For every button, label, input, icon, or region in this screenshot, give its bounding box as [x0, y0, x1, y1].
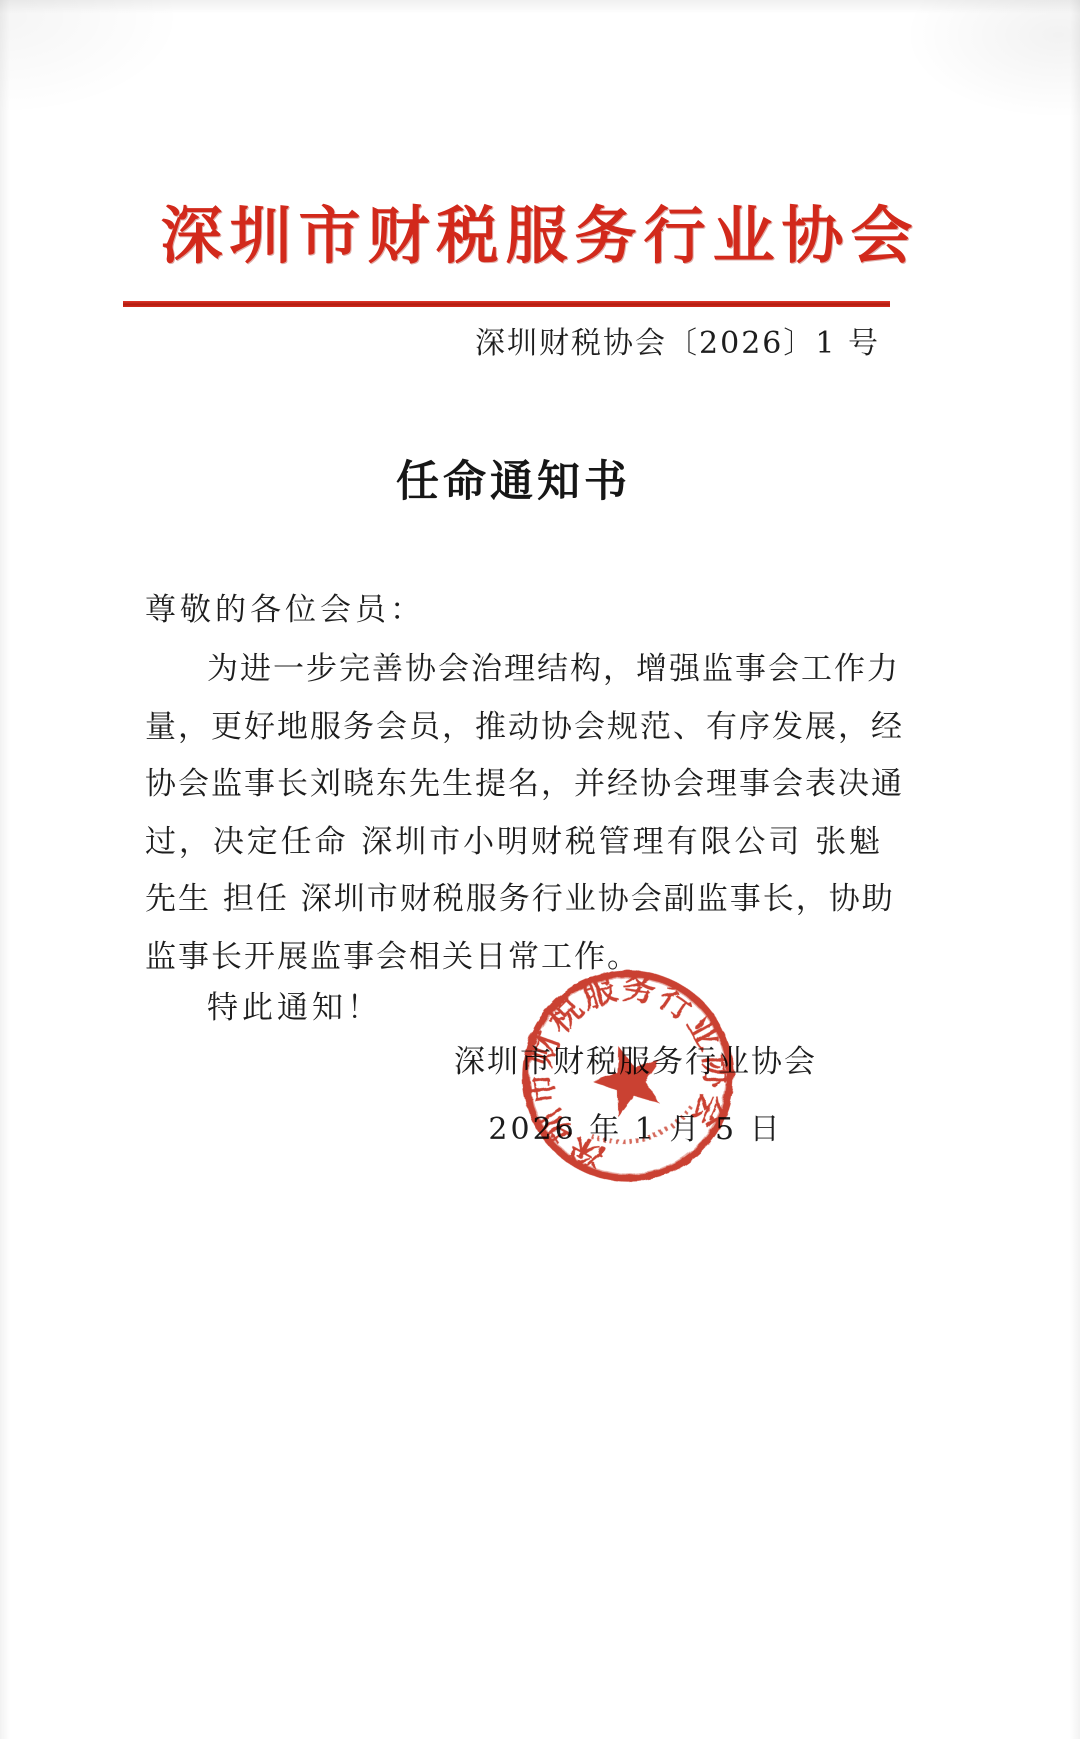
- notice-title: 任命通知书: [145, 448, 882, 509]
- official-seal: 深圳市财税服务行业协会: [506, 954, 750, 1198]
- body-paragraph: 为进一步完善协会治理结构，增强监事会工作力 量，更好地服务会员，推动协会规范、有…: [145, 641, 882, 986]
- closing-note: 特此通知！: [145, 982, 382, 1027]
- document-number: 深圳财税协会〔2026〕1 号: [475, 318, 880, 362]
- body-line: 先生 担任 深圳市财税服务行业协会副监事长，协助: [145, 871, 882, 929]
- letterhead-separator-line: [123, 301, 890, 307]
- body-line: 协会监事长刘晓东先生提名，并经协会理事会表决通: [145, 756, 882, 814]
- salutation: 尊敬的各位会员：: [145, 584, 425, 629]
- body-line: 过，决定任命 深圳市小明财税管理有限公司 张魁: [145, 814, 882, 872]
- org-letterhead-title: 深圳市财税服务行业协会: [0, 186, 1080, 275]
- body-line: 量，更好地服务会员，推动协会规范、有序发展，经: [145, 699, 882, 757]
- seal-star-icon: [585, 1035, 673, 1121]
- body-line: 为进一步完善协会治理结构，增强监事会工作力: [145, 641, 882, 699]
